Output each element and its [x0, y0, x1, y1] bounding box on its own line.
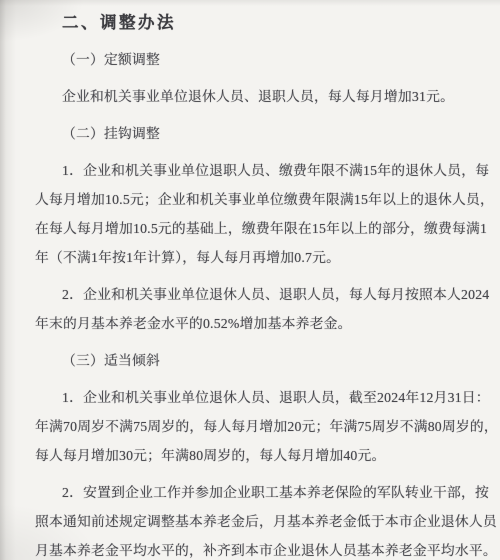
section-3-paragraph-1-line-3: 每人每月增加30元；年满80周岁的，每人每月增加40元。 — [35, 441, 500, 470]
section-3-paragraph-2-line-2: 照本通知前述规定调整基本养老金后，月基本养老金低于本市企业退休人员 — [35, 507, 500, 536]
section-2-paragraph-1-line-2: 人每月增加10.5元；企业和机关事业单位缴费年限满15年以上的退休人员， — [35, 185, 500, 214]
section-2-paragraph-1-line-4: 年（不满1年按1年计算），每人每月再增加0.7元。 — [35, 243, 500, 272]
section-1-heading: （一）定额调整 — [35, 45, 500, 74]
section-3-paragraph-1-line-1: 1．企业和机关事业单位退休人员、退职人员，截至2024年12月31日： — [35, 383, 500, 412]
section-3-paragraph-1-line-2: 年满70周岁不满75周岁的，每人每月增加20元；年满75周岁不满80周岁的， — [35, 412, 500, 441]
section-3-heading: （三）适当倾斜 — [35, 346, 500, 375]
section-2-paragraph-2-line-2: 年末的月基本养老金水平的0.52%增加基本养老金。 — [35, 309, 500, 338]
section-1-paragraph-1-line-1: 企业和机关事业单位退休人员、退职人员，每人每月增加31元。 — [35, 82, 500, 111]
section-2-paragraph-2-line-1: 2．企业和机关事业单位退休人员、退职人员，每人每月按照本人2024 — [35, 280, 500, 309]
doc-title: 二、调整办法 — [35, 8, 500, 37]
section-2-heading: （二）挂钩调整 — [35, 119, 500, 148]
section-3-paragraph-2-line-3: 月基本养老金平均水平的，补齐到本市企业退休人员基本养老金平均水平。 — [35, 536, 500, 560]
section-2-paragraph-1-line-1: 1．企业和机关事业单位退职人员、缴费年限不满15年的退休人员，每 — [35, 156, 500, 185]
section-2-paragraph-1-line-3: 在每人每月增加10.5元的基础上，缴费年限在15年以上的部分，缴费每满1 — [35, 214, 500, 243]
document-page: 二、调整办法 （一）定额调整 企业和机关事业单位退休人员、退职人员，每人每月增加… — [0, 0, 500, 560]
section-3-paragraph-2-line-1: 2．安置到企业工作并参加企业职工基本养老保险的军队转业干部，按 — [35, 478, 500, 507]
